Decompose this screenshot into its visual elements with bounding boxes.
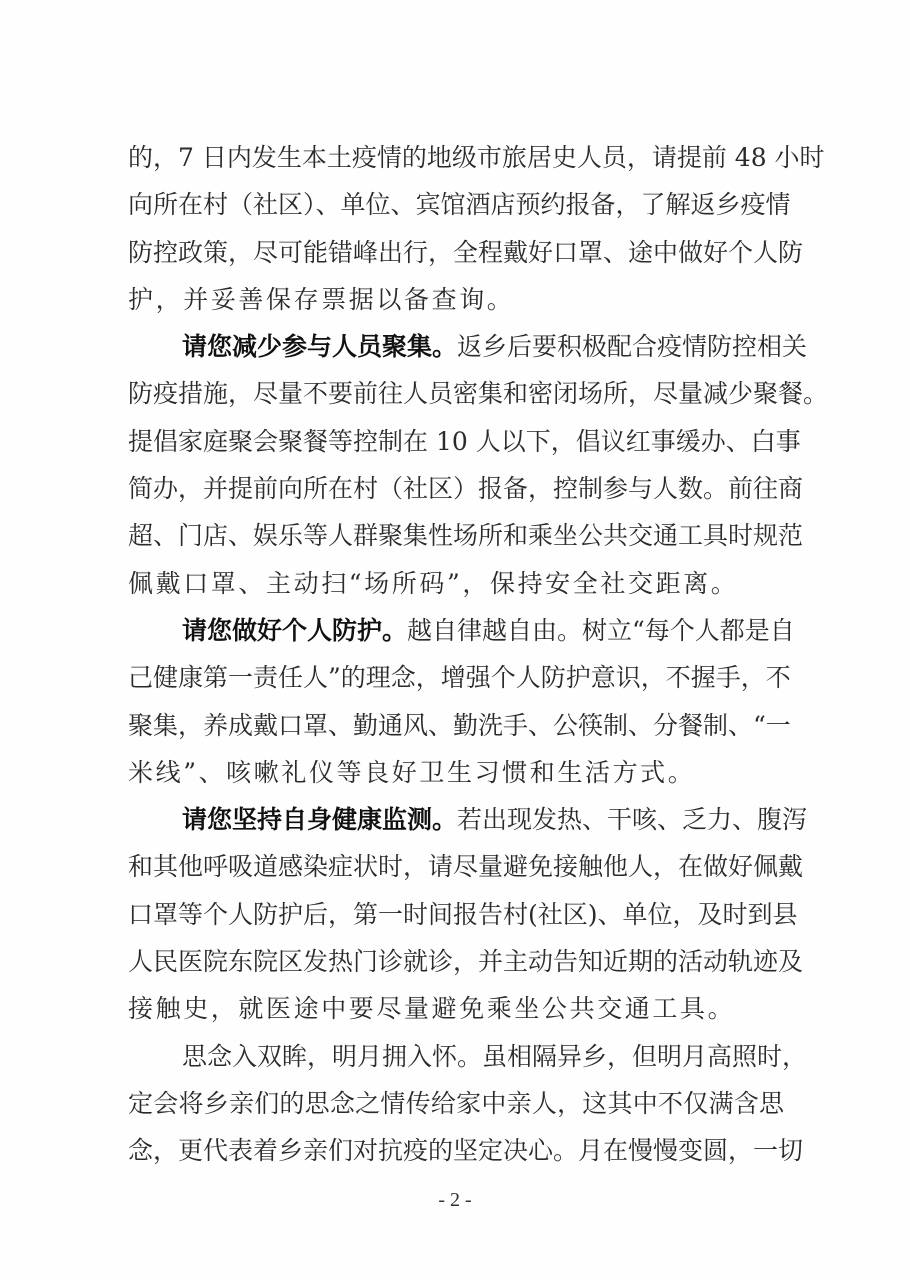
paragraph-closing-message: 思念入双眸，明月拥入怀。虽相隔异乡，但明月高照时， 定会将乡亲们的思念之情传给家… [128,1039,784,1181]
text-line: 超、门店、娱乐等人群聚集性场所和乘坐公共交通工具时规范 [128,518,784,565]
paragraph-heading: 请您坚持自身健康监测。 [182,805,457,834]
document-page: 的，7 日内发生本土疫情的地级市旅居史人员，请提前 48 小时 向所在村（社区）… [0,0,910,1280]
paragraph-health-monitoring: 请您坚持自身健康监测。若出现发热、干咳、乏力、腹泻 和其他呼吸道感染症状时，请尽… [128,802,784,1038]
text-line: 己健康第一责任人”的理念，增强个人防护意识，不握手，不 [128,660,784,707]
text-line: 佩戴口罩、主动扫“场所码”，保持安全社交距离。 [128,566,784,613]
heading-continuation: 若出现发热、干咳、乏力、腹泻 [457,805,807,834]
paragraph-personal-protection: 请您做好个人防护。越自律越自由。树立“每个人都是自 己健康第一责任人”的理念，增… [128,613,784,802]
text-line: 口罩等个人防护后，第一时间报告村(社区)、单位，及时到县 [128,897,784,944]
text-line: 请您坚持自身健康监测。若出现发热、干咳、乏力、腹泻 [128,802,784,849]
text-line: 定会将乡亲们的思念之情传给家中亲人，这其中不仅满含思 [128,1086,784,1133]
heading-continuation: 返乡后要积极配合疫情防控相关 [457,332,807,361]
text-line: 请您做好个人防护。越自律越自由。树立“每个人都是自 [128,613,784,660]
text-line: 米线”、咳嗽礼仪等良好卫生习惯和生活方式。 [128,755,784,802]
text-line: 护，并妥善保存票据以备查询。 [128,282,784,329]
text-line: 思念入双眸，明月拥入怀。虽相隔异乡，但明月高照时， [128,1039,784,1086]
heading-continuation: 越自律越自由。树立“每个人都是自 [407,616,795,645]
text-line: 防控政策，尽可能错峰出行，全程戴好口罩、途中做好个人防 [128,235,784,282]
text-line: 提倡家庭聚会聚餐等控制在 10 人以下，倡议红事缓办、白事 [128,424,784,471]
paragraph-reduce-gatherings: 请您减少参与人员聚集。返乡后要积极配合疫情防控相关 防疫措施，尽量不要前往人员密… [128,329,784,613]
paragraph-travel-reporting: 的，7 日内发生本土疫情的地级市旅居史人员，请提前 48 小时 向所在村（社区）… [128,140,784,329]
text-line: 人民医院东院区发热门诊就诊，并主动告知近期的活动轨迹及 [128,944,784,991]
text-line: 请您减少参与人员聚集。返乡后要积极配合疫情防控相关 [128,329,784,376]
text-line: 接触史，就医途中要尽量避免乘坐公共交通工具。 [128,991,784,1038]
text-line: 念，更代表着乡亲们对抗疫的坚定决心。月在慢慢变圆，一切 [128,1133,784,1180]
text-line: 向所在村（社区）、单位、宾馆酒店预约报备，了解返乡疫情 [128,187,784,234]
text-line: 的，7 日内发生本土疫情的地级市旅居史人员，请提前 48 小时 [128,140,784,187]
text-line: 和其他呼吸道感染症状时，请尽量避免接触他人，在做好佩戴 [128,849,784,896]
text-line: 聚集，养成戴口罩、勤通风、勤洗手、公筷制、分餐制、“一 [128,708,784,755]
page-number: - 2 - [0,1189,910,1212]
paragraph-heading: 请您减少参与人员聚集。 [182,332,457,361]
text-line: 简办，并提前向所在村（社区）报备，控制参与人数。前往商 [128,471,784,518]
paragraph-heading: 请您做好个人防护。 [182,616,407,645]
text-line: 防疫措施，尽量不要前往人员密集和密闭场所，尽量减少聚餐。 [128,376,784,423]
document-body: 的，7 日内发生本土疫情的地级市旅居史人员，请提前 48 小时 向所在村（社区）… [128,140,784,1181]
